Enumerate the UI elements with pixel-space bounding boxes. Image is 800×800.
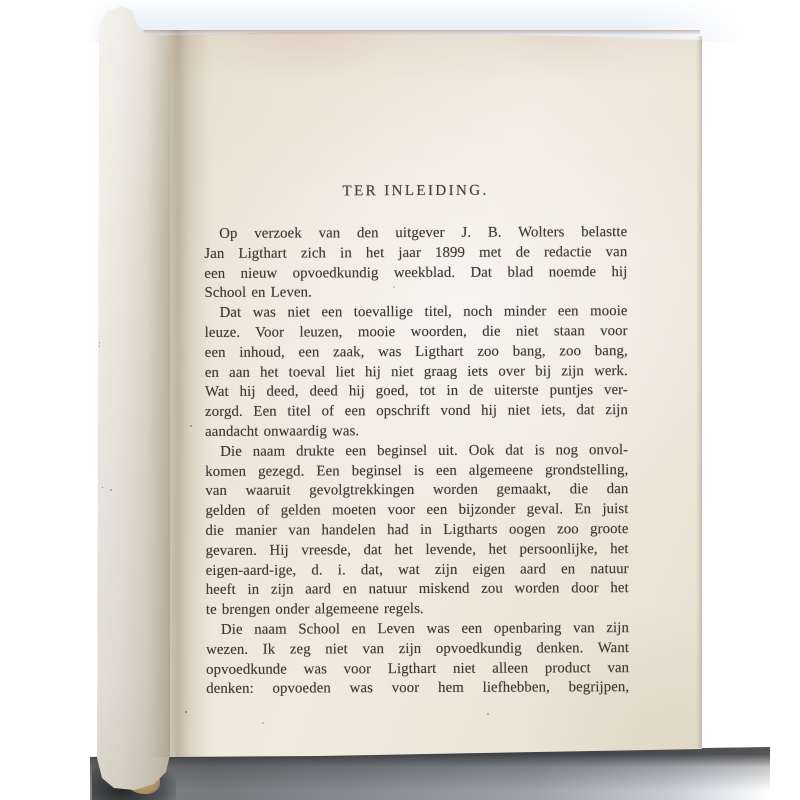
text-line: leuze. Voor leuzen, mooie woorden, die n…	[205, 322, 628, 344]
text-line: heeft in zijn aard en natuur miskend zou…	[206, 579, 629, 601]
text-line: gelden of gelden moeten voor een bijzond…	[205, 500, 628, 522]
text-line: komen gezegd. Een beginsel is een algeme…	[205, 461, 628, 483]
dust-specks	[185, 711, 187, 713]
text-line: aandacht onwaardig was.	[205, 421, 628, 443]
text-line: een inhoud, een zaak, was Ligthart zoo b…	[205, 342, 628, 364]
text-line: eigen-aard-ige, d. i. dat, wat zijn eige…	[206, 560, 629, 582]
page-deckle-edge	[140, 30, 700, 35]
text-line: Die naam School en Leven was een openbar…	[206, 619, 629, 641]
text-line: gevaren. Hij vreesde, dat het levende, h…	[206, 540, 629, 562]
text-line: denken: opvoeden was voor hem liefhebben…	[206, 678, 629, 700]
text-line: een nieuw opvoedkundig weekblad. Dat bla…	[204, 263, 627, 285]
page-fore-edge-line	[696, 36, 702, 748]
text-line: opvoedkunde was voor Ligthart niet allee…	[206, 659, 629, 681]
text-line: Dat was niet een toevallige titel, noch …	[205, 302, 628, 324]
text-line: School en Leven.	[204, 282, 627, 304]
page-text-block: TER INLEIDING. Op verzoek van den uitgev…	[204, 178, 627, 202]
gutter-shadow	[148, 30, 210, 757]
text-line: zorgd. Een titel of een opschrift vond h…	[205, 401, 628, 423]
text-line: van waaruit gevolgtrekkingen worden gema…	[205, 480, 628, 502]
text-line: Jan Ligthart zich in het jaar 1899 met d…	[204, 243, 627, 265]
text-line: Wat hij deed, deed hij goed, tot in de u…	[205, 381, 628, 403]
paragraphs: Op verzoek van den uitgever J. B. Wolter…	[204, 223, 629, 700]
left-page-text-fragment: ·	[101, 484, 104, 494]
text-line: die manier van handelen had in Ligtharts…	[205, 520, 628, 542]
text-line: Op verzoek van den uitgever J. B. Wolter…	[204, 223, 627, 245]
text-line: Die naam drukte een beginsel uit. Ook da…	[205, 441, 628, 463]
chapter-title: TER INLEIDING.	[204, 182, 627, 206]
left-page-text-fragment: :	[98, 340, 101, 350]
text-line: te brengen onder algemeene regels.	[206, 599, 629, 621]
book-photo: : · TER INLEIDING. Op verzoek van den ui…	[0, 0, 800, 800]
text-line: wezen. Ik zeg niet van zijn opvoedkundig…	[206, 639, 629, 661]
text-line: en aan het toeval liet hij niet graag ie…	[205, 362, 628, 384]
